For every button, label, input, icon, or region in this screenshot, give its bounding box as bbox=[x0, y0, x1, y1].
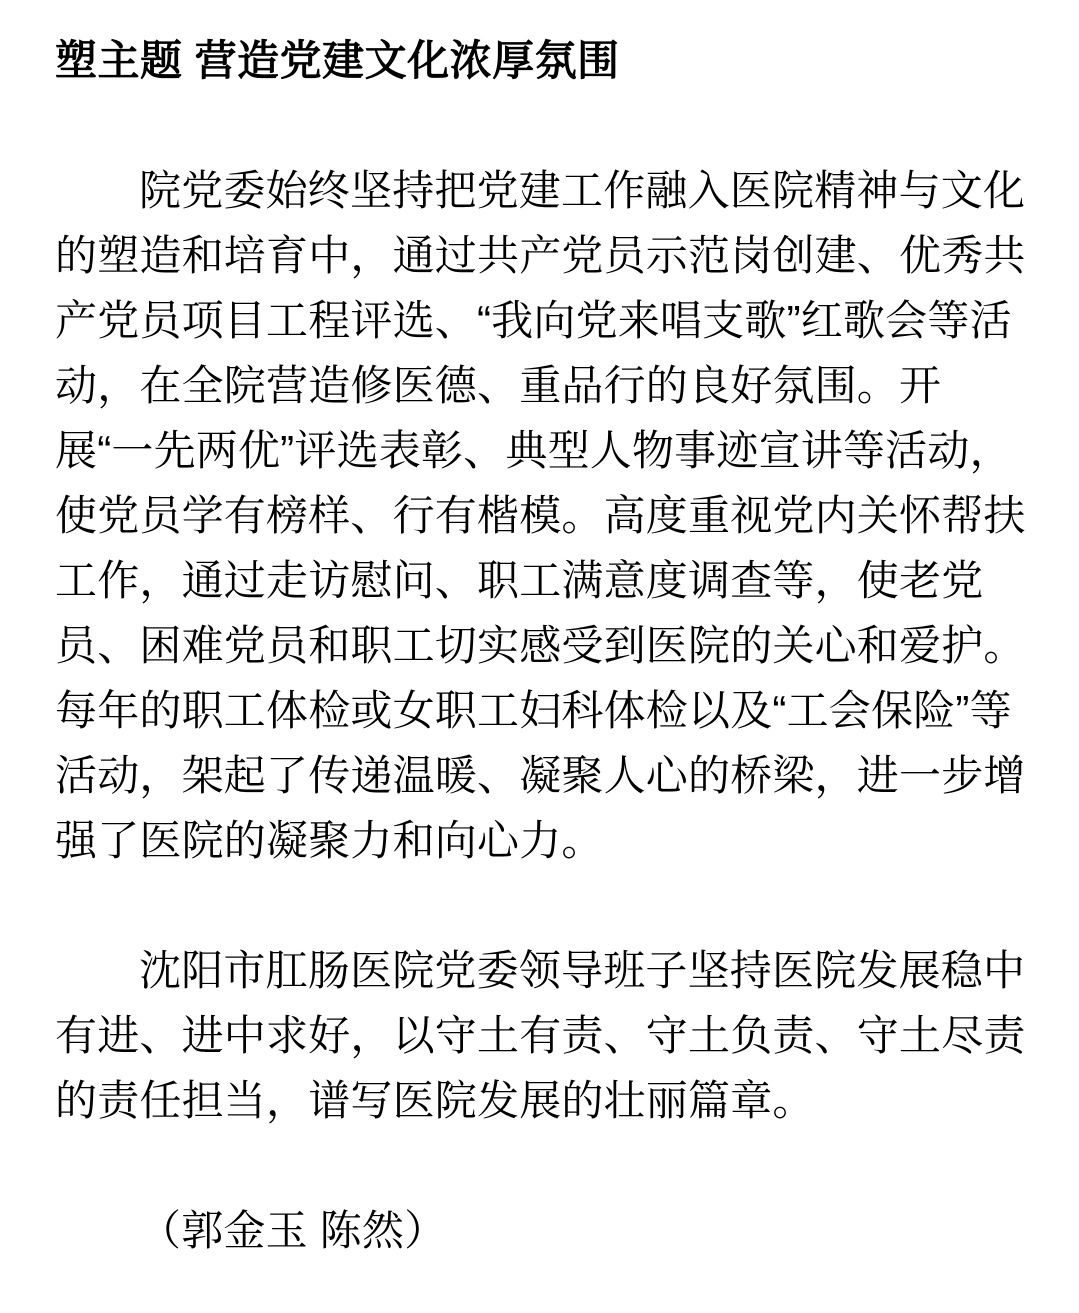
paragraph-1-line: 动，在全院营造修医德、重品行的良好氛围。开 bbox=[55, 353, 1025, 418]
paragraph-2-line: 沈阳市肛肠医院党委领导班子坚持医院发展稳中 bbox=[55, 938, 1025, 1003]
byline-gap bbox=[55, 1133, 1025, 1198]
paragraph-1-line: 强了医院的凝聚力和向心力。 bbox=[55, 808, 1025, 873]
paragraph-1-line: 的塑造和培育中，通过共产党员示范岗创建、优秀共 bbox=[55, 223, 1025, 288]
article-page: 塑主题 营造党建文化浓厚氛围 院党委始终坚持把党建工作融入医院精神与文化 的塑造… bbox=[0, 0, 1079, 1313]
paragraph-1-line: 展“一先两优”评选表彰、典型人物事迹宣讲等活动， bbox=[55, 418, 1025, 483]
article-title: 塑主题 营造党建文化浓厚氛围 bbox=[55, 28, 1025, 93]
byline: （郭金玉 陈然） bbox=[55, 1198, 1025, 1263]
paragraph-1-line: 产党员项目工程评选、“我向党来唱支歌”红歌会等活 bbox=[55, 288, 1025, 353]
paragraph-1-line: 活动，架起了传递温暖、凝聚人心的桥梁，进一步增 bbox=[55, 743, 1025, 808]
paragraph-1-line: 院党委始终坚持把党建工作融入医院精神与文化 bbox=[55, 158, 1025, 223]
paragraph-2-line: 有进、进中求好，以守土有责、守土负责、守土尽责 bbox=[55, 1003, 1025, 1068]
paragraph-gap bbox=[55, 873, 1025, 938]
paragraph-1-line: 工作，通过走访慰问、职工满意度调查等，使老党 bbox=[55, 548, 1025, 613]
paragraph-2-line: 的责任担当，谱写医院发展的壮丽篇章。 bbox=[55, 1068, 1025, 1133]
paragraph-1-line: 使党员学有榜样、行有楷模。高度重视党内关怀帮扶 bbox=[55, 483, 1025, 548]
title-paragraph-gap bbox=[55, 93, 1025, 158]
paragraph-1-line: 每年的职工体检或女职工妇科体检以及“工会保险”等 bbox=[55, 678, 1025, 743]
paragraph-1-line: 员、困难党员和职工切实感受到医院的关心和爱护。 bbox=[55, 613, 1025, 678]
